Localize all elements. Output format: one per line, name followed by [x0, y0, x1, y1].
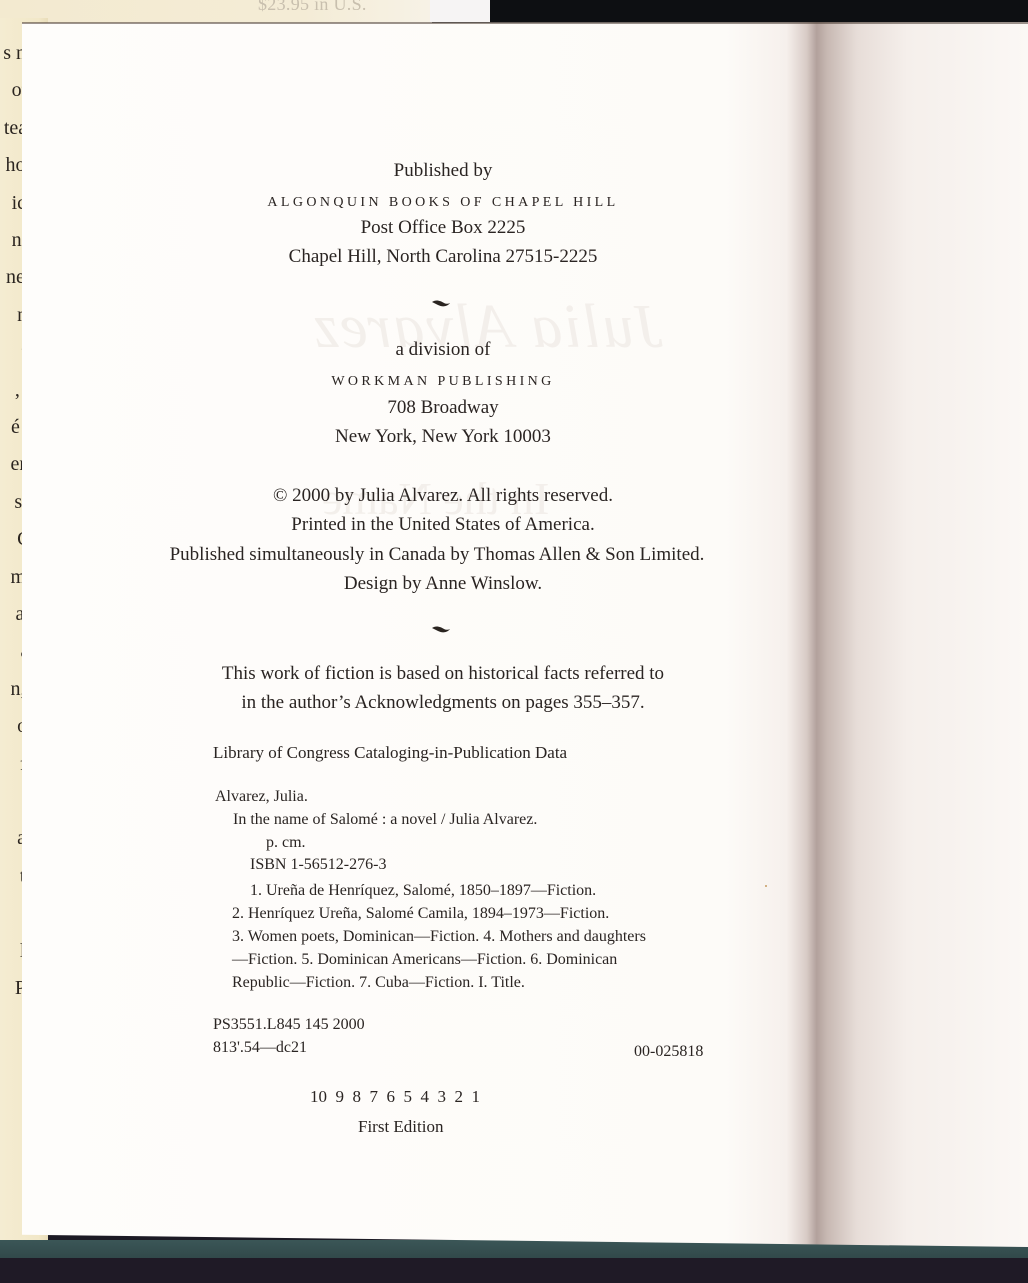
fiction-note-line-1: This work of fiction is based on histori…	[22, 663, 864, 685]
cip-subject: 2. Henríquez Ureña, Salomé Camila, 1894–…	[232, 904, 609, 924]
lc-classification: PS3551.L845 145 2000	[213, 1015, 365, 1035]
cip-subject: Republic—Fiction. 7. Cuba—Fiction. I. Ti…	[232, 973, 525, 993]
dust-jacket-flap	[0, 0, 432, 24]
publisher-address-1: Post Office Box 2225	[22, 217, 864, 239]
cip-heading: Library of Congress Cataloging-in-Public…	[213, 743, 567, 763]
leaf-ornament-icon-2	[432, 626, 450, 633]
canada-line: Published simultaneously in Canada by Th…	[16, 544, 858, 566]
cip-subject: 1. Ureña de Henríquez, Salomé, 1850–1897…	[250, 881, 596, 901]
dewey-classification: 813'.54—dc21	[213, 1038, 307, 1058]
edition-label: First Edition	[358, 1117, 443, 1137]
cip-title: In the name of Salomé : a novel / Julia …	[233, 810, 537, 830]
paper-speck	[765, 885, 767, 887]
fiction-note-line-2: in the author’s Acknowledgments on pages…	[22, 692, 864, 714]
parent-address-1: 708 Broadway	[22, 397, 864, 419]
cip-subject: —Fiction. 5. Dominican Americans—Fiction…	[232, 950, 617, 970]
cip-pages: p. cm.	[266, 833, 306, 853]
parent-address-2: New York, New York 10003	[22, 426, 864, 448]
jacket-price: $23.95 in U.S.	[258, 0, 367, 15]
publisher-address-2: Chapel Hill, North Carolina 27515-2225	[22, 246, 864, 268]
page-top-edge	[22, 22, 1028, 24]
cip-author: Alvarez, Julia.	[215, 787, 308, 807]
cip-subject: 3. Women poets, Dominican—Fiction. 4. Mo…	[232, 927, 646, 947]
lccn: 00-025818	[634, 1043, 703, 1061]
jacket-flap-corner	[430, 0, 490, 22]
printing-line: 10 9 8 7 6 5 4 3 2 1	[310, 1087, 480, 1107]
leaf-ornament-icon	[432, 300, 450, 307]
printed-in-line: Printed in the United States of America.	[22, 514, 864, 536]
parent-publisher-name: WORKMAN PUBLISHING	[22, 371, 864, 393]
design-credit: Design by Anne Winslow.	[22, 573, 864, 595]
copyright-line: © 2000 by Julia Alvarez. All rights rese…	[22, 485, 864, 507]
division-label: a division of	[22, 339, 864, 361]
copyright-page: Julia Alvarez In the Name Published by A…	[22, 22, 1028, 1247]
publisher-name: ALGONQUIN BOOKS OF CHAPEL HILL	[22, 192, 864, 214]
published-by-label: Published by	[22, 160, 864, 182]
cip-isbn: ISBN 1-56512-276-3	[250, 855, 386, 875]
background-surface	[0, 1258, 1028, 1283]
